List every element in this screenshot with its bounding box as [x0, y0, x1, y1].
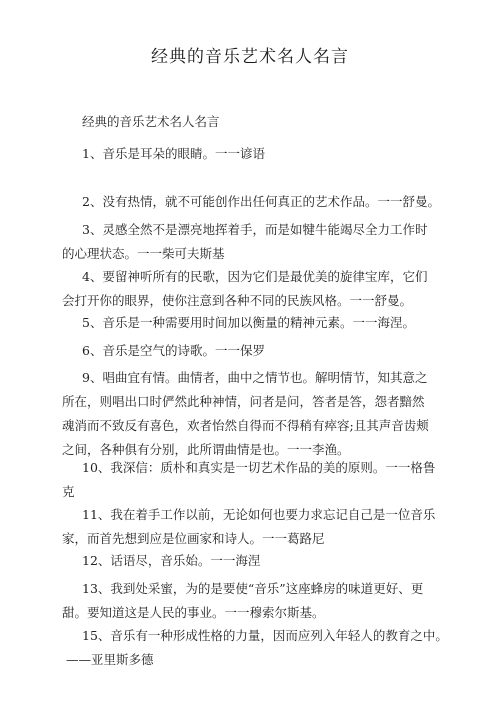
quote-line: 5、音乐是一种需要用时间加以衡量的精神元素。一一海涅。 [62, 311, 482, 335]
quote-line: 11、我在着手工作以前，无论如何也要力求忘记自己是一位音乐 [62, 503, 482, 527]
quote-line: 家，而首先想到应是位画家和诗人。一一葛路尼 [62, 527, 482, 551]
quote-line: 所在，则唱出口时俨然此种神情，问者是问，答者是答，怨者黯然 [62, 390, 482, 414]
quote-15: 15、音乐有一种形成性格的力量，因而应列入年轻人的教育之中。 ——亚里斯多德 [62, 624, 482, 672]
quote-line: 魂消而不致反有喜色，欢者怡然自得而不得稍有瘁容;且其声音齿颊 [62, 414, 482, 438]
quote-line: 2、没有热情，就不可能创作出任何真正的艺术作品。一一舒曼。 [62, 190, 482, 214]
quote-11: 11、我在着手工作以前，无论如何也要力求忘记自己是一位音乐 家，而首先想到应是位… [62, 503, 482, 551]
quote-line: ——亚里斯多德 [62, 648, 482, 672]
quote-1: 1、音乐是耳朵的眼睛。一一谚语 [62, 142, 482, 166]
quote-line: 10、我深信：质朴和真实是一切艺术作品的美的原则。一一格鲁 [62, 456, 482, 480]
quote-line: 13、我到处采蜜，为的是要使“音乐”这座蜂房的味道更好、更 [62, 577, 482, 601]
quote-line: 15、音乐有一种形成性格的力量，因而应列入年轻人的教育之中。 [62, 624, 482, 648]
quote-13: 13、我到处采蜜，为的是要使“音乐”这座蜂房的味道更好、更 甜。要知道这是人民的… [62, 577, 482, 625]
quote-10: 10、我深信：质朴和真实是一切艺术作品的美的原则。一一格鲁 克 [62, 456, 482, 504]
document-title: 经典的音乐艺术名人名言 [0, 42, 500, 67]
quote-line: 甜。要知道这是人民的事业。一一穆索尔斯基。 [62, 601, 482, 625]
quote-line: 6、音乐是空气的诗歌。一一保罗 [62, 339, 482, 363]
quote-line: 9、唱曲宜有情。曲情者，曲中之情节也。解明情节，知其意之 [62, 366, 482, 390]
quote-line: 1、音乐是耳朵的眼睛。一一谚语 [62, 142, 482, 166]
quote-3: 3、灵感全然不是漂亮地挥着手，而是如犍牛能竭尽全力工作时 的心理状态。一一柴可夫… [62, 218, 482, 266]
subtitle-text: 经典的音乐艺术名人名言 [62, 110, 482, 134]
quote-5: 5、音乐是一种需要用时间加以衡量的精神元素。一一海涅。 [62, 311, 482, 335]
quote-2: 2、没有热情，就不可能创作出任何真正的艺术作品。一一舒曼。 [62, 190, 482, 214]
document-subtitle: 经典的音乐艺术名人名言 [62, 110, 482, 134]
quote-9: 9、唱曲宜有情。曲情者，曲中之情节也。解明情节，知其意之 所在，则唱出口时俨然此… [62, 366, 482, 462]
quote-12: 12、话语尽，音乐始。一一海涅 [62, 549, 482, 573]
quote-6: 6、音乐是空气的诗歌。一一保罗 [62, 339, 482, 363]
quote-line: 的心理状态。一一柴可夫斯基 [62, 242, 482, 266]
quote-line: 12、话语尽，音乐始。一一海涅 [62, 549, 482, 573]
quote-4: 4、要留神听所有的民歌，因为它们是最优美的旋律宝库，它们 会打开你的眼界，使你注… [62, 265, 482, 313]
quote-line: 会打开你的眼界，使你注意到各种不同的民族风格。一一舒曼。 [62, 289, 482, 313]
quote-line: 克 [62, 480, 482, 504]
quote-line: 4、要留神听所有的民歌，因为它们是最优美的旋律宝库，它们 [62, 265, 482, 289]
quote-line: 3、灵感全然不是漂亮地挥着手，而是如犍牛能竭尽全力工作时 [62, 218, 482, 242]
